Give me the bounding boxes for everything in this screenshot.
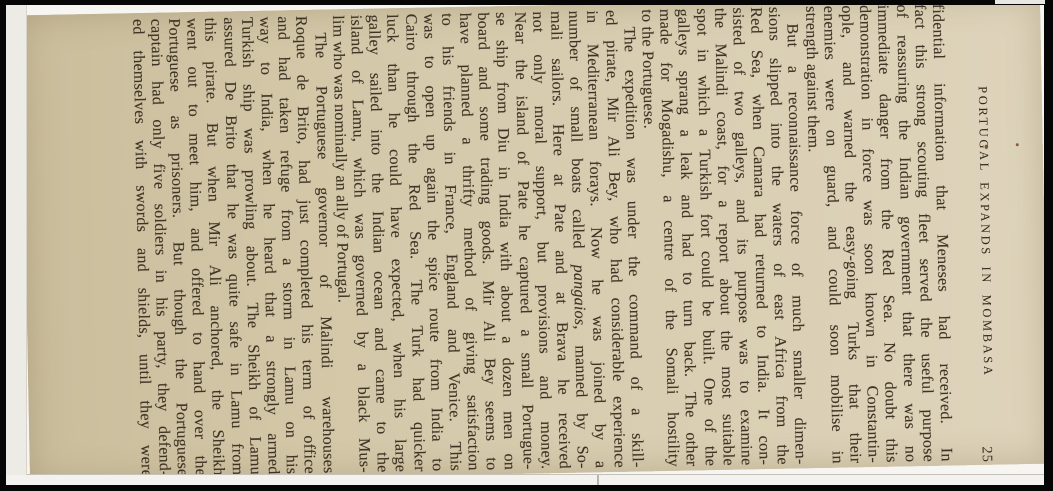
border-left: [0, 0, 6, 491]
running-title: PORTUGAL EXPANDS IN MOMBASA: [973, 3, 997, 461]
scan-margin-left: [5, 4, 27, 475]
scan-edge-highlight: [995, 0, 1045, 4]
border-top: [0, 0, 1053, 5]
page-inner: PORTUGAL EXPANDS IN MOMBASA 25 fidential…: [128, 0, 1049, 481]
page-number: 25: [978, 446, 995, 463]
book-page: PORTUGAL EXPANDS IN MOMBASA 25 fidential…: [21, 0, 1049, 483]
ink-speck: [985, 145, 988, 149]
page-header: PORTUGAL EXPANDS IN MOMBASA 25: [970, 3, 997, 461]
scanned-page-view: PORTUGAL EXPANDS IN MOMBASA 25 fidential…: [0, 0, 1053, 491]
italic-word: pangaios: [570, 264, 588, 325]
page-text: fidential information that Meneses had r…: [128, 4, 955, 478]
ink-speck: [1016, 143, 1019, 146]
border-bottom: [0, 485, 1053, 491]
border-right: [1044, 0, 1053, 491]
